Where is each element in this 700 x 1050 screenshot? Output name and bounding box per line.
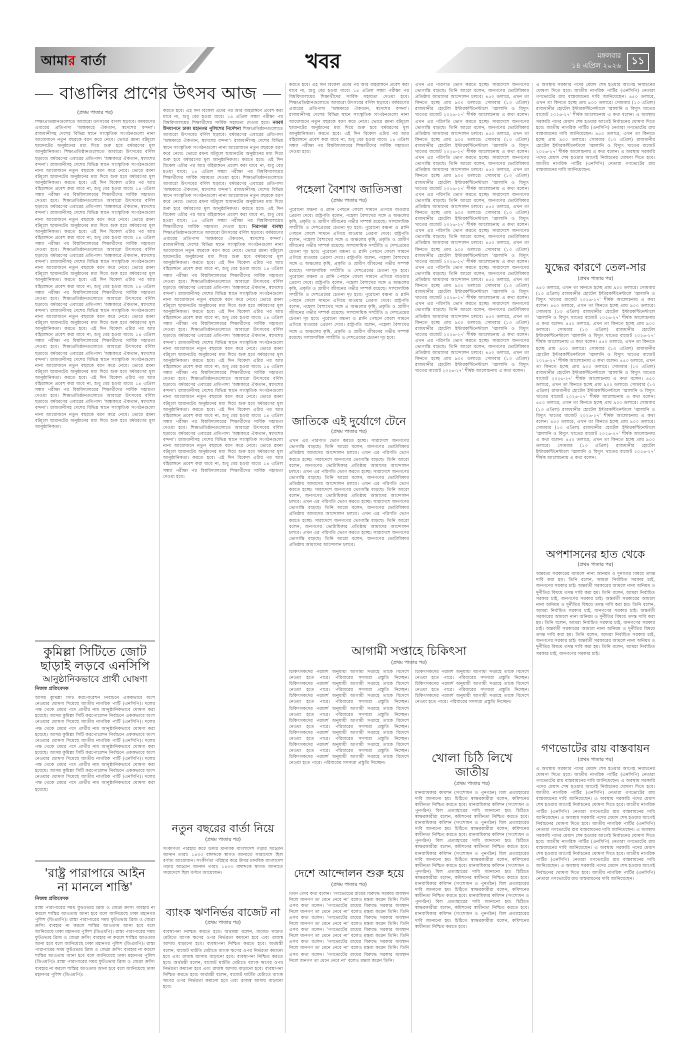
new-year-headline: নতুন বছরের বার্তা নিয়ে — [163, 823, 283, 836]
continued-label: (প্রথম পাতার পর) — [536, 276, 655, 284]
weekday: মঙ্গলবার — [571, 51, 621, 61]
war-headline: যুদ্ধের কারণে তেল-সার — [536, 262, 655, 275]
verdict-headline: গণভোটের রায় বাস্তবায়ন — [536, 743, 655, 756]
open-letter-headline: খোলা চিঠি লিখে জাতীয় — [415, 752, 529, 780]
masthead: আমার বার্তা খবর মঙ্গলবার ১৪ এপ্রিল ২০২৬ … — [35, 45, 655, 77]
lead-continuation-body: করতে হবে। এই দিন বিকেল এটার পর আর বহিরাঙ… — [289, 83, 409, 181]
logo-text-1: আমা — [41, 54, 68, 69]
war-body: ৪৫০ ডলারে, এখন তা কিনতে হচ্ছে প্রায় ৯০০… — [536, 286, 655, 546]
column-divider — [159, 83, 160, 1033]
jatike-continuation-body: এখন এর পরিণতি ভোগ করতে হচ্ছে। সারাদেশে জ… — [415, 83, 529, 643]
headline-rule — [35, 94, 53, 95]
continued-label: (প্রথম পাতার পর) — [289, 882, 409, 890]
lead-col-2: করতে হবে। এই দিন বিকেল এটার পর আর বহিরাঙ… — [163, 109, 283, 789]
newspaper-logo: আমার বার্তা — [41, 52, 106, 73]
article-road-crossing: 'রাষ্ট্র পারাপারে আইন না মানলে শাস্তি' ন… — [35, 867, 155, 1026]
issue-date: মঙ্গলবার ১৪ এপ্রিল ২০২৬ — [571, 51, 621, 71]
comilla-subheadline: আনুষ্ঠানিকভাবে প্রার্থী ঘোষণা — [35, 675, 155, 685]
misgovern-body: অন্তর্বর্তী সরকারের আমলে নানা অনিয়ম ও দ… — [536, 572, 655, 740]
verdict-body: এ অবস্থায় সরকারি পদের মেয়াদ শেষ হওয়ার… — [536, 767, 655, 997]
comilla-headline: কুমিল্লা সিটিতে জোট ছাড়াই লড়বে এনসিপি — [35, 645, 155, 674]
lead-body-1: শিক্ষাপ্রতিষ্ঠানগুলোতে আবারো উৎসবের বর্ণ… — [35, 120, 155, 650]
masthead-right-banner: মঙ্গলবার ১৪ এপ্রিল ২০২৬ ১১ — [435, 47, 655, 73]
treatment-headline: আগামী সপ্তাহে চিকিৎসা — [289, 645, 529, 659]
lead-subhead: নিরাপত্তা ব্যবস্থা — [252, 225, 283, 230]
newspaper-page: আমার বার্তা খবর মঙ্গলবার ১৪ এপ্রিল ২০২৬ … — [35, 45, 655, 1045]
col-4: এখন এর পরিণতি ভোগ করতে হচ্ছে। সারাদেশে জ… — [415, 83, 529, 643]
pohela-body: পুরোনো বঞ্চনা ও গ্লানি পেছনে ফেলে সামনে … — [289, 208, 409, 413]
treatment-body: চিকিৎসকদের পরামর্শ অনুযায়ী আগামী সপ্তাহ… — [289, 670, 409, 865]
jatike-body: এখন এর পরিণতি ভোগ করতে হচ্ছে। সারাদেশে জ… — [289, 439, 409, 649]
road-crossing-headline: 'রাষ্ট্র পারাপারে আইন না মানলে শাস্তি' — [35, 867, 155, 895]
misgovern-headline: অপশাসনের হাত থেকে — [536, 549, 655, 562]
article-new-year-message: নতুন বছরের বার্তা নিয়ে (প্রথম পাতার পর)… — [163, 823, 283, 1040]
article-lead: বাঙালির প্রাণের উৎসব আজ — [35, 85, 281, 105]
page-number: ১১ — [627, 53, 649, 71]
lead-body-2: করতে হবে। এই দিন বিকেল এটার পর আর বহিরাঙ… — [163, 109, 283, 789]
movement-headline: দেশে আন্দোলন শুরু হয়ে — [289, 868, 409, 881]
bank-body: ব্যবস্থাপনা নিশ্চিত করতে হবে। অর্থমন্ত্র… — [163, 930, 283, 1040]
article-treatment: আগামী সপ্তাহে চিকিৎসা (প্রথম পাতার পর) — [289, 645, 529, 670]
continued-label: (প্রথম পাতার পর) — [163, 837, 283, 845]
comilla-body: আসন্ন কুমিল্লা সিটি করপোরেশন নির্বাচনে এ… — [35, 696, 155, 824]
section-title: খবর — [283, 47, 363, 80]
jatike-headline: জাতিকে এই দুর্যোগে টেনে — [289, 416, 409, 429]
continued-label: (প্রথম পাতার পর) — [536, 562, 655, 570]
treatment-col-b: চিকিৎসকদের পরামর্শ অনুযায়ী আগামী সপ্তাহ… — [415, 670, 529, 1041]
road-crossing-body: রাস্তা পারাপারের সময় ফুটওভার ব্রিজ ও জে… — [35, 906, 155, 1026]
continued-label: (প্রথম পাতার পর) — [289, 198, 409, 206]
logo-text-2: বার্তা — [76, 54, 107, 69]
open-letter-body: মানবাধিকার কমিশন (সংশোধন ও পুনর্গঠন) বিল… — [415, 791, 529, 1041]
logo-text-r: র — [68, 54, 76, 69]
new-year-body: সংকীর্ণতা পরিহার করে উদার মানবিক বাংলাদে… — [163, 847, 283, 905]
byline: নিজস্ব প্রতিবেদক — [35, 686, 155, 694]
column-divider — [532, 83, 533, 1033]
col-5: এ অবস্থায় সরকারি পদের মেয়াদ শেষ হওয়ার… — [536, 83, 655, 997]
section-divider — [35, 640, 155, 642]
continued-label: (প্রথম পাতার পর) — [536, 757, 655, 765]
continued-label: (প্রথম পাতার পর) — [289, 660, 529, 668]
headline-rule — [263, 94, 281, 95]
col5-top-body: এ অবস্থায় সরকারি পদের মেয়াদ শেষ হওয়ার… — [536, 83, 655, 259]
column-divider — [411, 83, 412, 1033]
continued-label: (প্রথম পাতার পর) — [35, 110, 155, 118]
bank-headline: ব্যাংক ঋণনির্ভর বাজেট না — [163, 907, 283, 920]
section-divider — [35, 860, 155, 862]
article-comilla: কুমিল্লা সিটিতে জোট ছাড়াই লড়বে এনসিপি … — [35, 645, 155, 824]
treatment-col-a: চিকিৎসকদের পরামর্শ অনুযায়ী আগামী সপ্তাহ… — [289, 670, 409, 1032]
movement-body: তিনি এসব কথা বলেন। 'গণভোটের রায়ের বিরুদ… — [289, 892, 409, 1032]
lead-headline: বাঙালির প্রাণের উৎসব আজ — [35, 85, 281, 105]
continued-label: (প্রথম পাতার পর) — [289, 429, 409, 437]
pohela-headline: পহেলা বৈশাখ জাতিসত্তা — [289, 184, 409, 197]
date: ১৪ এপ্রিল ২০২৬ — [571, 61, 621, 71]
col-3: করতে হবে। এই দিন বিকেল এটার পর আর বহিরাঙ… — [289, 83, 409, 649]
treatment-body-2: চিকিৎসকদের পরামর্শ অনুযায়ী আগামী সপ্তাহ… — [415, 670, 529, 750]
column-divider — [285, 83, 286, 1033]
byline: নিজস্ব প্রতিবেদক — [35, 896, 155, 904]
continued-label: (প্রথম পাতার পর) — [415, 781, 529, 789]
lead-col-1: (প্রথম পাতার পর) শিক্ষাপ্রতিষ্ঠানগুলোতে … — [35, 109, 155, 650]
continued-label: (প্রথম পাতার পর) — [163, 920, 283, 928]
